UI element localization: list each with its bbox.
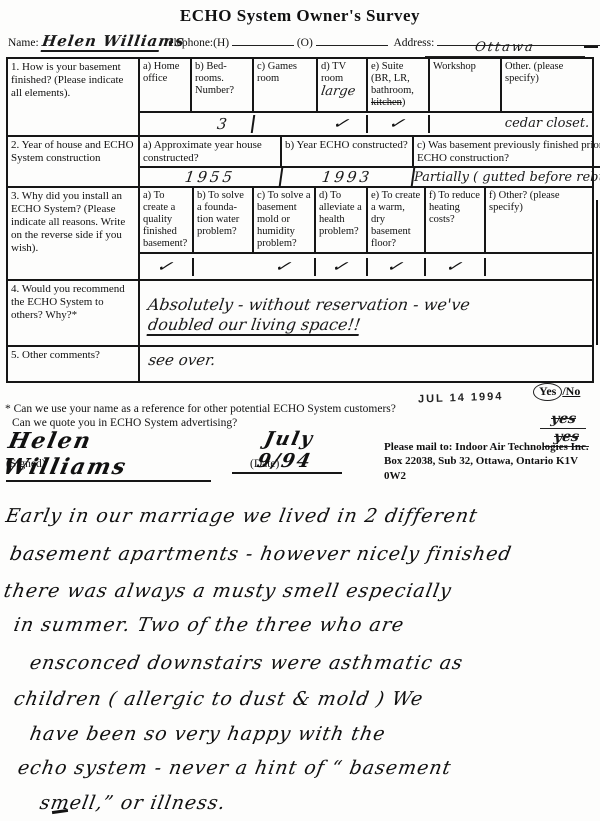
q3-col-foundation-water: b) To solve a founda- tion water problem… xyxy=(194,188,254,252)
q1-col-other: Other. (please specify) xyxy=(502,59,592,111)
signed-label: (Signed) xyxy=(6,458,46,470)
q5-answer: see over. xyxy=(138,347,595,381)
phone-home-blank xyxy=(232,33,294,46)
yes-circled: Yes xyxy=(533,383,562,401)
q1-col-home-office: a) Home office xyxy=(140,59,192,111)
scan-artifact-right-edge xyxy=(596,200,598,345)
q1-row: 1. How is your basement finished? (Pleas… xyxy=(6,57,594,137)
q3-answer-health-problem: ✓ xyxy=(316,258,368,276)
q4-answer-line1: Absolutely - without reservation - we've xyxy=(147,295,472,314)
letter-line-7: have been so very happy with the xyxy=(28,723,387,745)
signature-handwritten: Helen Williams xyxy=(0,428,216,480)
q3-answer-mold-humidity: ✓ xyxy=(254,258,316,276)
signature-line: Helen Williams xyxy=(6,428,211,482)
q3-col-health-problem: d) To alleviate a health problem? xyxy=(316,188,368,252)
handwritten-yes-1: yes xyxy=(549,411,576,427)
q1-answer-suite: ✓ xyxy=(368,115,430,133)
q3-answer-heating-costs: ✓ xyxy=(426,258,486,276)
q3-row: 3. Why did you install an ECHO System? (… xyxy=(6,186,594,281)
letter-line-3: there was always a musty smell especiall… xyxy=(2,580,454,602)
reference-question-1: * Can we use your name as a reference fo… xyxy=(5,403,396,415)
letter-line-1: Early in our marriage we lived in 2 diff… xyxy=(4,505,480,527)
q1-col-tv-room: d) TV room large xyxy=(318,59,368,111)
no-option: /No xyxy=(562,384,580,398)
q1-tv-room-note: large xyxy=(320,85,356,100)
q1-answer-bedrooms: 3 xyxy=(191,115,256,133)
q1-col-workshop: Workshop xyxy=(430,59,502,111)
q4-answer: Absolutely - without reservation - we've… xyxy=(140,281,592,345)
address-handwritten: Ottawa xyxy=(474,40,536,55)
letter-line-5: ensconced downstairs were asthmatic as xyxy=(28,652,465,674)
q4-question: 4. Would you recommend the ECHO System t… xyxy=(8,281,140,345)
q5-row: 5. Other comments? see over. xyxy=(6,345,594,383)
q1-col-games-room: c) Games room xyxy=(254,59,318,111)
q1-answer-other: cedar closet. xyxy=(502,118,592,130)
letter-line-8: echo system - never a hint of “ basement xyxy=(16,757,453,779)
q2-col-year-echo: b) Year ECHO constructed? xyxy=(282,137,414,166)
address-line2: Ottawa xyxy=(425,38,585,57)
q3-answer-warm-dry-floor: ✓ xyxy=(368,258,426,276)
page-title: ECHO System Owner's Survey xyxy=(0,6,600,26)
q4-row: 4. Would you recommend the ECHO System t… xyxy=(6,279,594,347)
q2-answer-year-echo: 1993 xyxy=(281,168,416,186)
q3-col-mold-humidity: c) To solve a basement mold or humidity … xyxy=(254,188,316,252)
q2-answer-year-house: 1955 xyxy=(139,168,284,186)
yes-no-choice: Yes/No xyxy=(533,383,580,401)
date-handwritten: July 9/94 xyxy=(227,428,346,472)
q1-suite-kitchen-struck: kitchen xyxy=(371,97,402,108)
mail-to-line2: Box 22038, Sub 32, Ottawa, Ontario K1V 0… xyxy=(384,454,596,483)
letter-line-4: in summer. Two of the three who are xyxy=(12,614,406,636)
q1-col-bedrooms: b) Bed-rooms. Number? xyxy=(192,59,254,111)
q1-question: 1. How is your basement finished? (Pleas… xyxy=(8,59,140,135)
received-date-stamp: JUL 14 1994 xyxy=(418,391,504,406)
scan-artifact-top-right xyxy=(584,46,598,48)
letter-line-6: children ( allergic to dust & mold ) We xyxy=(12,688,425,710)
q3-question: 3. Why did you install an ECHO System? (… xyxy=(8,188,140,279)
mail-to-line1: Please mail to: Indoor Air Technologies … xyxy=(384,440,596,454)
q1-answer-tv-room: ✓ xyxy=(318,115,368,133)
q2-col-previously-finished: c) Was basement previously finished prio… xyxy=(414,137,600,166)
q2-answer-previously-finished: Partially ( gutted before rebuilding xyxy=(414,170,600,185)
name-label: Name: xyxy=(8,37,39,49)
q4-answer-line2: doubled our living space!! xyxy=(147,315,362,336)
q3-answer-quality-basement: ✓ xyxy=(140,258,194,276)
q2-question: 2. Year of house and ECHO System constru… xyxy=(8,137,140,186)
name-handwritten: Helen Williams xyxy=(40,32,161,52)
mail-to-block: Please mail to: Indoor Air Technologies … xyxy=(384,440,596,483)
q3-col-quality-basement: a) To create a quality finished basement… xyxy=(140,188,194,252)
q3-col-warm-dry-floor: e) To create a warm, dry basement floor? xyxy=(368,188,426,252)
q1-col-suite: e) Suite (BR, LR, bathroom, kitchen) xyxy=(368,59,430,111)
q5-question: 5. Other comments? xyxy=(8,347,140,381)
q2-row: 2. Year of house and ECHO System constru… xyxy=(6,135,594,188)
date-label: (Date) xyxy=(250,458,279,470)
phone-office-label: (O) xyxy=(297,37,313,49)
handwritten-yes-1-line: yes xyxy=(540,410,586,429)
q3-col-other: f) Other? (please specify) xyxy=(486,188,592,252)
phone-office-blank xyxy=(316,33,388,46)
scanned-survey-page: ECHO System Owner's Survey Name: Helen W… xyxy=(0,0,600,821)
q2-col-year-house: a) Approximate year house constructed? xyxy=(140,137,282,166)
date-line: July 9/94 xyxy=(232,428,342,474)
letter-line-2: basement apartments - however nicely fin… xyxy=(8,543,514,565)
q3-col-heating-costs: f) To reduce heating costs? xyxy=(426,188,486,252)
